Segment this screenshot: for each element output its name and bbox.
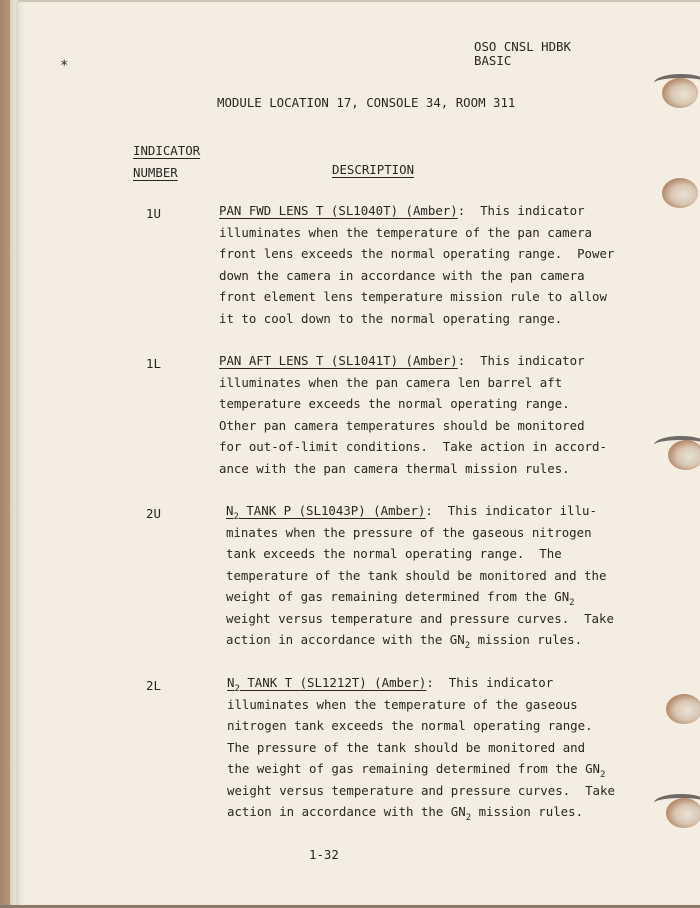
indicator-number: 2L [146,678,161,693]
binder-hole [662,178,698,208]
page-title: MODULE LOCATION 17, CONSOLE 34, ROOM 311 [217,96,515,110]
indicator-number: 2U [146,506,161,521]
indicator-title: PAN AFT LENS T (SL1041T) (Amber) [219,353,458,368]
revision-marker: * [60,58,68,74]
handbook-header-line2: BASIC [474,54,511,68]
binder-ring [654,794,700,812]
column-header-indicator: INDICATOR [133,144,200,158]
indicator-description: N2 TANK T (SL1212T) (Amber): This indica… [227,672,617,823]
indicator-number: 1L [146,356,161,371]
indicator-description: PAN FWD LENS T (SL1040T) (Amber): This i… [219,200,609,329]
page-number: 1-32 [309,847,339,862]
binder-ring [654,436,700,454]
indicator-title: PAN FWD LENS T (SL1040T) (Amber) [219,203,458,218]
indicator-number: 1U [146,206,161,221]
column-header-number: NUMBER [133,166,178,180]
indicator-description: PAN AFT LENS T (SL1041T) (Amber): This i… [219,350,609,479]
indicator-description: N2 TANK P (SL1043P) (Amber): This indica… [226,500,616,651]
indicator-title: N2 TANK T (SL1212T) (Amber) [227,675,426,690]
binder-ring [654,74,700,92]
column-header-description: DESCRIPTION [332,163,414,177]
indicator-title: N2 TANK P (SL1043P) (Amber) [226,503,425,518]
handbook-header-line1: OSO CNSL HDBK [474,40,571,54]
binder-hole [666,694,700,724]
